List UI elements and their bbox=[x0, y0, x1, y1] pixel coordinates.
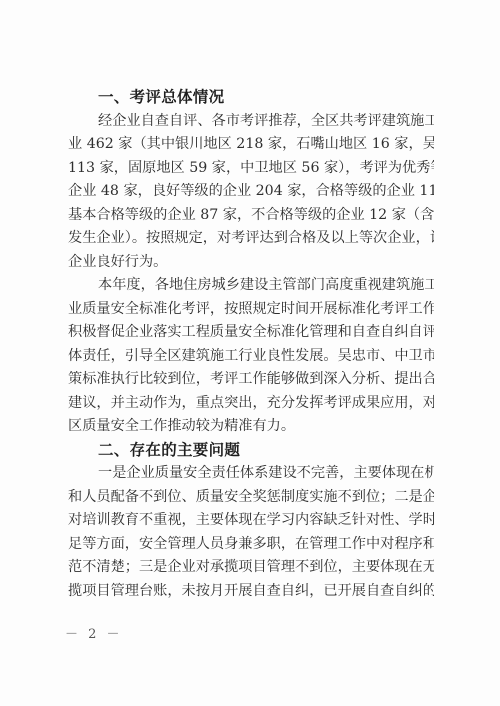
text-line: 建议，并主动作为，重点突出，充分发挥考评成果应用，对辖 bbox=[68, 392, 434, 416]
document-page: 一、考评总体情况 经企业自查自评、各市考评推荐，全区共考评建筑施工企 业 462… bbox=[0, 0, 500, 706]
text-line: 发生企业）。按照规定，对考评达到合格及以上等次企业，记录 bbox=[68, 227, 434, 251]
text-line: 本年度，各地住房城乡建设主管部门高度重视建筑施工企 bbox=[68, 274, 434, 298]
text-line: 和人员配备不到位、质量安全奖惩制度实施不到位；二是企业 bbox=[68, 486, 434, 510]
text-line: 策标准执行比较到位，考评工作能够做到深入分析、提出合理 bbox=[68, 368, 434, 392]
text-line: 企业良好行为。 bbox=[68, 251, 434, 275]
page-number: － 2 － bbox=[65, 623, 123, 642]
section-heading-overview: 一、考评总体情况 bbox=[68, 86, 434, 110]
text-line: 范不清楚；三是企业对承揽项目管理不到位，主要体现在无承 bbox=[68, 556, 434, 580]
section-heading-main-problems: 二、存在的主要问题 bbox=[68, 439, 434, 463]
paragraph-annual-work: 本年度，各地住房城乡建设主管部门高度重视建筑施工企 业质量安全标准化考评，按照规… bbox=[68, 274, 434, 439]
text-line: 经企业自查自评、各市考评推荐，全区共考评建筑施工企 bbox=[68, 110, 434, 134]
text-line: 体责任，引导全区建筑施工行业良性发展。吴忠市、中卫市政 bbox=[68, 345, 434, 369]
paragraph-evaluation-results: 经企业自查自评、各市考评推荐，全区共考评建筑施工企 业 462 家（其中银川地区… bbox=[68, 110, 434, 275]
document-body: 一、考评总体情况 经企业自查自评、各市考评推荐，全区共考评建筑施工企 业 462… bbox=[68, 86, 434, 603]
text-line: 基本合格等级的企业 87 家，不合格等级的企业 12 家（含事故 bbox=[68, 204, 434, 228]
text-line: 足等方面，安全管理人员身兼多职，在管理工作中对程序和规 bbox=[68, 533, 434, 557]
text-line: 113 家，固原地区 59 家，中卫地区 56 家），考评为优秀等级的 bbox=[68, 157, 434, 181]
text-line: 区质量安全工作推动较为精准有力。 bbox=[68, 415, 434, 439]
text-line: 积极督促企业落实工程质量安全标准化管理和自查自纠自评主 bbox=[68, 321, 434, 345]
text-line: 对培训教育不重视，主要体现在学习内容缺乏针对性、学时不 bbox=[68, 509, 434, 533]
text-line: 揽项目管理台账，未按月开展自查自纠，已开展自查自纠的存 bbox=[68, 580, 434, 604]
text-line: 业 462 家（其中银川地区 218 家，石嘴山地区 16 家，吴忠地区 bbox=[68, 133, 434, 157]
text-line: 业质量安全标准化考评，按照规定时间开展标准化考评工作， bbox=[68, 298, 434, 322]
paragraph-problems: 一是企业质量安全责任体系建设不完善，主要体现在机构 和人员配备不到位、质量安全奖… bbox=[68, 462, 434, 603]
text-line: 企业 48 家，良好等级的企业 204 家，合格等级的企业 111 家， bbox=[68, 180, 434, 204]
text-line: 一是企业质量安全责任体系建设不完善，主要体现在机构 bbox=[68, 462, 434, 486]
